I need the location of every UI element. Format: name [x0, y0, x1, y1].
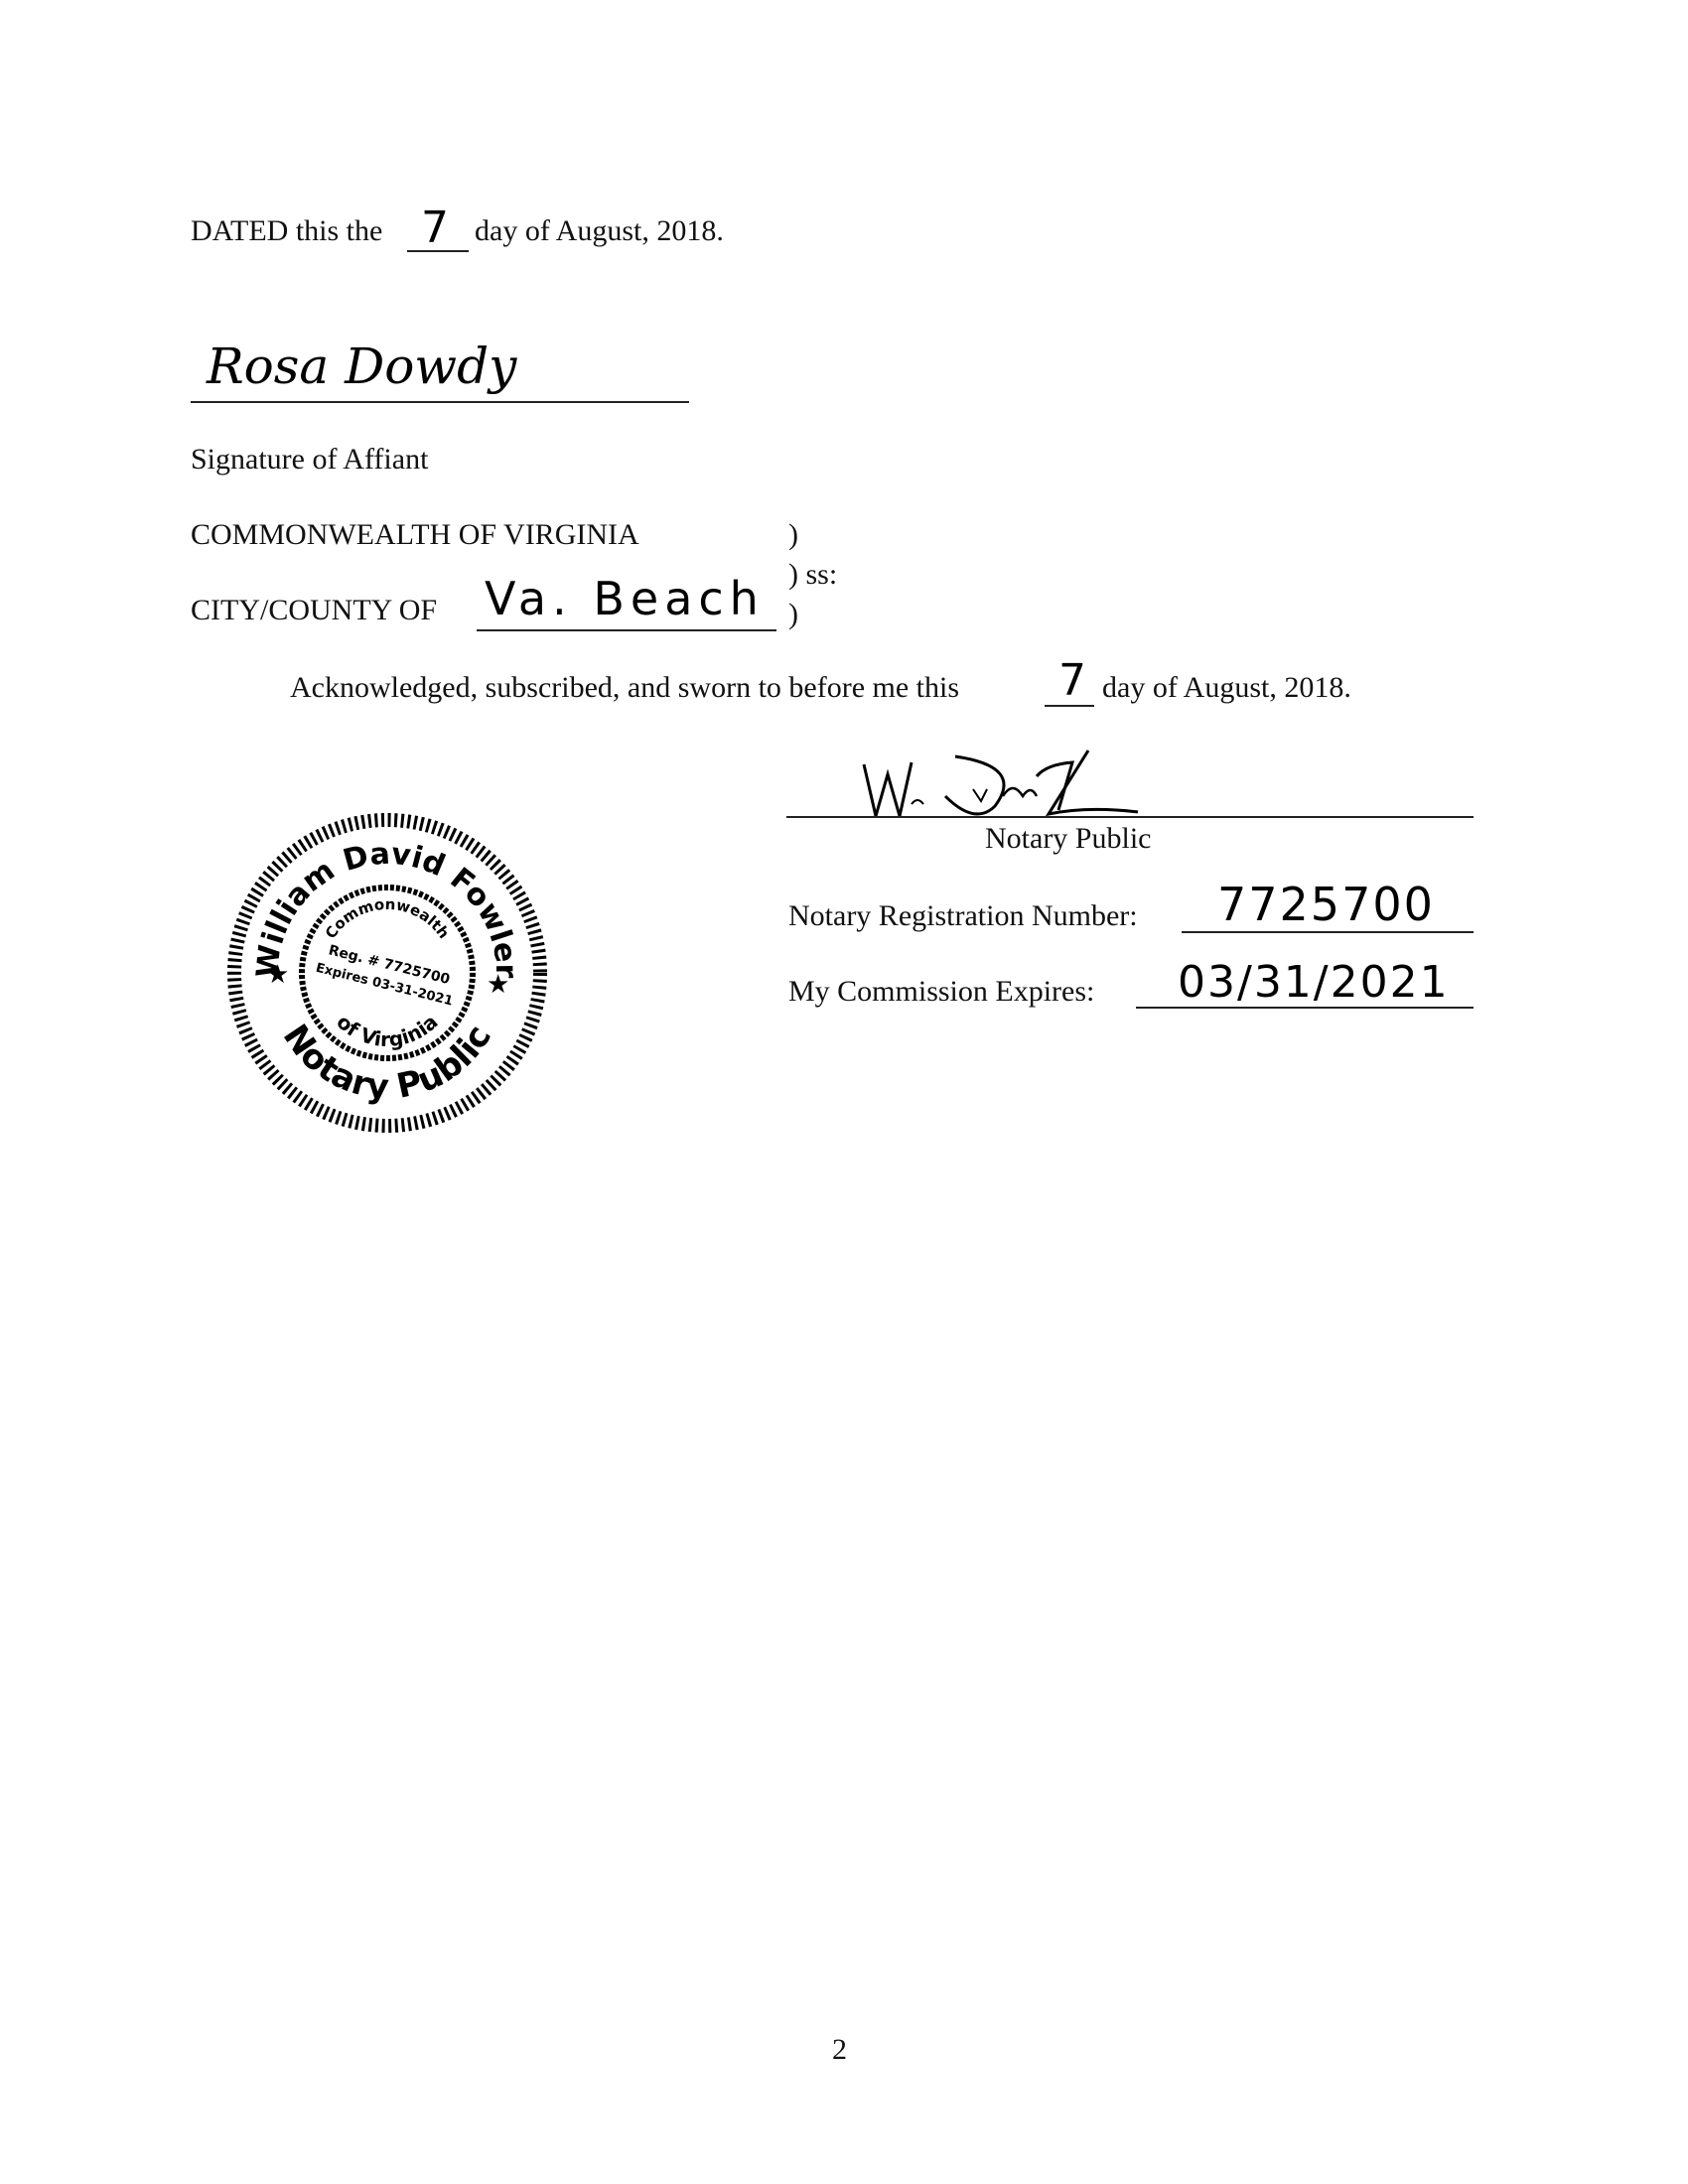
- notary-seal: William David Fowler Notary Public Commo…: [226, 812, 548, 1134]
- seal-star-right-icon: ★: [487, 970, 509, 999]
- notary-signature-line: [786, 816, 1474, 818]
- dated-suffix: day of August, 2018.: [475, 216, 724, 246]
- notary-registration-label: Notary Registration Number:: [788, 901, 1138, 931]
- notary-public-label: Notary Public: [985, 824, 1151, 854]
- seal-inner-bottom: of Virginia: [332, 1010, 442, 1051]
- svg-text:of Virginia: of Virginia: [332, 1010, 442, 1051]
- dated-prefix: DATED this the: [191, 216, 382, 246]
- affiant-signature: Rosa Dowdy: [207, 341, 516, 391]
- notary-expires-label: My Commission Expires:: [788, 977, 1094, 1007]
- acknowledgment-suffix: day of August, 2018.: [1102, 673, 1351, 703]
- notary-expires-line: [1136, 1007, 1474, 1009]
- venue-paren-3: ): [788, 600, 798, 629]
- venue-state: COMMONWEALTH OF VIRGINIA: [191, 520, 639, 550]
- affiant-signature-line: [191, 401, 689, 403]
- dated-day-handwritten: 7: [421, 206, 449, 250]
- notary-signature-scribble: [854, 735, 1192, 824]
- seal-star-left-icon: ★: [266, 960, 289, 989]
- acknowledgment-day-handwritten: 7: [1058, 659, 1086, 703]
- venue-county-handwritten: Va. Beach: [485, 576, 765, 621]
- notary-expires-value: 03/31/2021: [1178, 961, 1450, 1005]
- notary-registration-number: 7725700: [1217, 882, 1435, 927]
- affiant-signature-label: Signature of Affiant: [191, 445, 428, 475]
- venue-county-line: [477, 629, 776, 631]
- acknowledgment-prefix: Acknowledged, subscribed, and sworn to b…: [290, 673, 959, 703]
- page-number: 2: [832, 2035, 847, 2065]
- venue-county-label: CITY/COUNTY OF: [191, 596, 437, 625]
- notary-registration-line: [1182, 931, 1474, 933]
- venue-paren-1: ): [788, 520, 798, 550]
- venue-ss: ) ss:: [788, 560, 837, 590]
